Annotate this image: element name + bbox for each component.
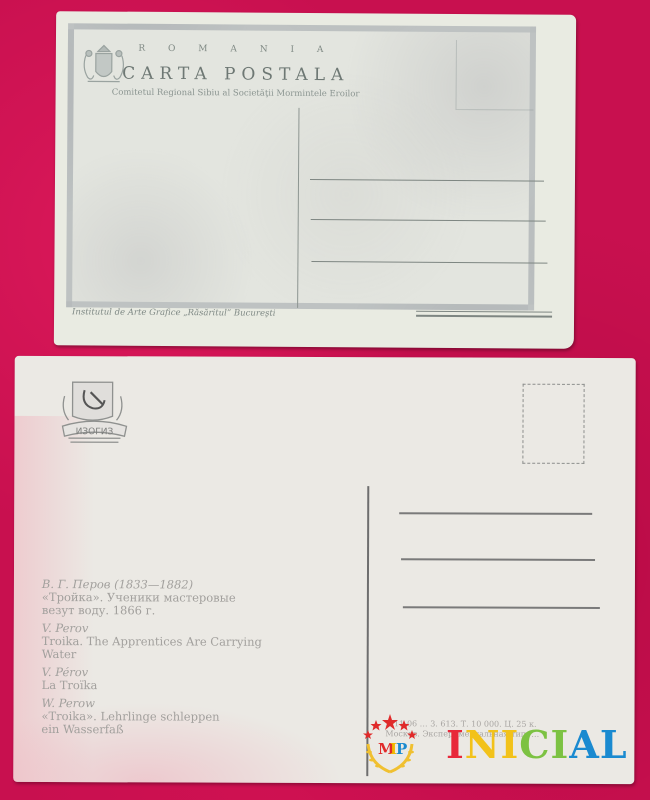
caption-line: Troika. The Apprentices Are Carrying <box>42 635 312 649</box>
wordmark-letter: I <box>551 722 570 767</box>
address-line-2 <box>401 558 595 560</box>
wordmark-letter: I <box>501 722 520 767</box>
inicial-watermark: M I P INICIAL <box>360 712 630 776</box>
svg-text:P: P <box>396 740 407 758</box>
caption-russian: В. Г. Перов (1833—1882) «Тройка». Ученик… <box>42 578 312 618</box>
hammer-sickle-emblem-icon: ИЗОГИЗ <box>54 376 134 448</box>
stamp-box <box>522 384 584 464</box>
caption-line: Water <box>42 648 312 662</box>
postcard-romania: R O M A N I A CARTA POSTALA Comitetul Re… <box>54 11 576 349</box>
wordmark-letter: L <box>600 722 628 767</box>
wordmark-letter: A <box>569 722 599 767</box>
stamp-area <box>455 40 533 111</box>
wordmark-letter: I <box>446 722 465 767</box>
printer-credit: Institutul de Arte Grafice „Răsăritul” B… <box>72 307 275 318</box>
address-line-4 <box>416 311 552 313</box>
address-line-3 <box>403 606 600 608</box>
mip-badge-icon: M I P <box>360 712 420 776</box>
address-line-1 <box>399 512 592 514</box>
caption-german: W. Perow «Troika». Lehrlinge schleppen e… <box>41 697 311 737</box>
caption-block: В. Г. Перов (1833—1882) «Тройка». Ученик… <box>41 578 312 742</box>
caption-english: V. Perov Troika. The Apprentices Are Car… <box>42 622 312 662</box>
wordmark-letter: C <box>519 722 550 767</box>
address-line-5 <box>416 315 552 318</box>
caption-line: везут воду. 1866 г. <box>42 604 312 618</box>
wordmark-letter: N <box>465 722 501 767</box>
svg-text:ИЗОГИЗ: ИЗОГИЗ <box>76 427 114 437</box>
inicial-wordmark: INICIAL <box>446 722 628 767</box>
caption-french: V. Pérov La Troïka <box>42 666 312 693</box>
caption-line: La Troïka <box>42 679 312 693</box>
caption-line: ein Wasserfaß <box>41 723 311 737</box>
